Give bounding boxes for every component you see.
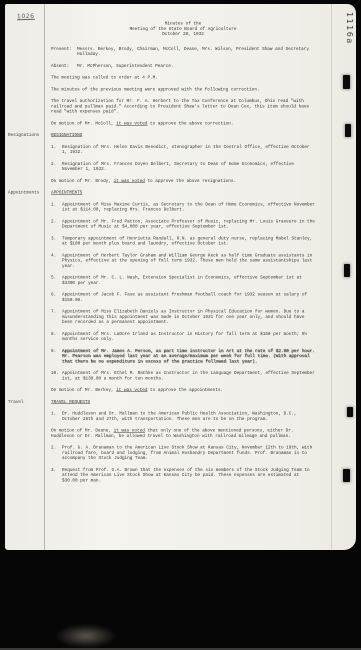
item-text: Appointment of Mr. Fred Patton, Associat…: [62, 219, 315, 230]
appointments-margin-label: Appointments: [8, 190, 48, 195]
voted-phrase: it was voted: [114, 428, 145, 433]
resignations-margin-label: Resignations: [8, 133, 48, 138]
resignations-heading: Resignations RESIGNATIONS: [51, 133, 315, 138]
motion-travel: On motion of Mr. Deane, it was voted tha…: [51, 428, 315, 439]
item-text: Temporary appointment of Henrietta Randa…: [62, 236, 315, 247]
item-text: Appointment of Herbert Taylor Graham and…: [62, 253, 315, 269]
scanner-smudge: [55, 624, 117, 648]
binder-hole-mark: [343, 469, 350, 482]
scanned-minutes-page: 1026 1116a Minutes of the Meeting of the…: [5, 4, 356, 550]
minutes-approved-note: The minutes of the previous meeting were…: [51, 87, 315, 92]
motion-text: On motion of Mr. Deane,: [51, 428, 114, 433]
item-number: 7.: [51, 309, 62, 325]
appointment-item: 3. Temporary appointment of Henrietta Ra…: [51, 236, 315, 247]
motion-appointments: On motion of Mr. Berkey, it was voted to…: [51, 388, 315, 393]
voted-phrase: it was voted: [116, 388, 147, 393]
item-number: 1.: [51, 411, 62, 422]
item-number: 2.: [51, 161, 62, 172]
present-names: Messrs. Berkey, Brody, Chairman, McColl,…: [77, 46, 315, 57]
appointment-item: 10. Appointment of Mrs. Ethel M. Rathke …: [51, 371, 315, 382]
item-text: Appointment of Miss Elizabeth Daniels as…: [62, 309, 315, 325]
appointment-item: 1. Appointment of Miss Maxine Curtis, as…: [51, 202, 315, 213]
travel-heading: Travel TRAVEL REQUESTS: [51, 399, 315, 404]
called-to-order: The meeting was called to order at 4 P.M…: [51, 75, 315, 80]
appointments-heading: Appointments APPOINTMENTS: [51, 190, 315, 195]
ledger-margin-rule: [44, 4, 45, 550]
item-text: Appointment of Mr. C. L. Nash, Extension…: [62, 275, 315, 286]
travel-item: 1. Dr. Huddleson and Dr. Mallman to the …: [51, 411, 315, 422]
absent-label: Absent:: [51, 63, 77, 68]
ledger-right-rule: [331, 4, 332, 550]
item-number: 9.: [51, 348, 62, 364]
present-label: Present:: [51, 46, 77, 57]
item-number: 2.: [51, 219, 62, 230]
correction-paragraph: The travel authorization for Mr. F. A. H…: [51, 99, 315, 115]
item-text: Resignation of Mrs. Helen Davis Benedict…: [62, 144, 315, 155]
absent-line: Absent: Mr. McPherson, Superintendent Pe…: [51, 63, 315, 68]
item-text: Prof. G. A. Branaman to the American Liv…: [62, 445, 315, 461]
binder-hole-mark: [343, 75, 350, 89]
appointments-heading-text: APPOINTMENTS: [51, 190, 82, 195]
motion-resignations: On motion of Mr. Brody, it was voted to …: [51, 178, 315, 183]
item-text: Appointment of Mrs. Ethel M. Rathke as I…: [62, 371, 315, 382]
appointment-item: 2. Appointment of Mr. Fred Patton, Assoc…: [51, 219, 315, 230]
item-text: Appointment of Mr. James A. Person, as p…: [62, 348, 315, 364]
appointment-item: 8. Appointment of Mrs. LaDore Irland as …: [51, 331, 315, 342]
motion-text: to approve the above correction.: [147, 121, 233, 126]
absent-names: Mr. McPherson, Superintendent Pearce.: [77, 63, 315, 68]
item-text: Appointment of Jacob F. Fase as assistan…: [62, 292, 315, 303]
motion-text: On motion of Mr. McColl,: [51, 121, 116, 126]
item-number: 2.: [51, 445, 62, 461]
item-text: Resignation of Mrs. Frances Doyen Delber…: [62, 161, 315, 172]
item-number: 6.: [51, 292, 62, 303]
document-title: Minutes of the Meeting of the State Boar…: [51, 21, 315, 37]
resignation-item: 2. Resignation of Mrs. Frances Doyen Del…: [51, 161, 315, 172]
voted-phrase: it was voted: [114, 178, 145, 183]
film-frame-label: 1116a: [345, 12, 354, 45]
item-number: 3.: [51, 467, 62, 483]
item-number: 1.: [51, 144, 62, 155]
item-number: 4.: [51, 253, 62, 269]
travel-item: 3. Request from Prof. G.A. Brown that th…: [51, 467, 315, 483]
item-text: Appointment of Miss Maxine Curtis, as Se…: [62, 202, 315, 213]
motion-text: to approve the above resignations.: [145, 178, 236, 183]
travel-item: 2. Prof. G. A. Branaman to the American …: [51, 445, 315, 461]
item-number: 8.: [51, 331, 62, 342]
page-number-stamp: 1026: [17, 13, 35, 21]
resignations-heading-text: RESIGNATIONS: [51, 133, 82, 138]
motion-text: On motion of Mr. Brody,: [51, 178, 114, 183]
minutes-body: Minutes of the Meeting of the State Boar…: [51, 21, 315, 490]
item-number: 3.: [51, 236, 62, 247]
resignation-item: 1. Resignation of Mrs. Helen Davis Bened…: [51, 144, 315, 155]
binder-hole-mark: [347, 407, 353, 417]
motion-text: to approve the appointments.: [147, 388, 223, 393]
binder-hole-mark: [345, 124, 351, 137]
present-line: Present: Messrs. Berkey, Brody, Chairman…: [51, 46, 315, 57]
travel-margin-label: Travel: [8, 399, 48, 404]
travel-heading-text: TRAVEL REQUESTS: [51, 399, 90, 404]
item-text: Request from Prof. G.A. Brown that the e…: [62, 467, 315, 483]
item-text: Dr. Huddleson and Dr. Mallman to the Ame…: [62, 411, 315, 422]
voted-phrase: it was voted: [116, 121, 147, 126]
item-text: Appointment of Mrs. LaDore Irland as Ins…: [62, 331, 315, 342]
appointment-item: 6. Appointment of Jacob F. Fase as assis…: [51, 292, 315, 303]
appointment-item: 7. Appointment of Miss Elizabeth Daniels…: [51, 309, 315, 325]
item-number: 10.: [51, 371, 62, 382]
title-line-3: October 20, 1932: [51, 32, 315, 37]
motion-correction: On motion of Mr. McColl, it was voted to…: [51, 121, 315, 126]
binder-hole-mark: [344, 264, 350, 277]
item-number: 1.: [51, 202, 62, 213]
motion-text: On motion of Mr. Berkey,: [51, 388, 116, 393]
item-number: 5.: [51, 275, 62, 286]
appointment-item: 4. Appointment of Herbert Taylor Graham …: [51, 253, 315, 269]
appointment-item: 5. Appointment of Mr. C. L. Nash, Extens…: [51, 275, 315, 286]
appointment-item-overstruck: 9. Appointment of Mr. James A. Person, a…: [51, 348, 315, 364]
